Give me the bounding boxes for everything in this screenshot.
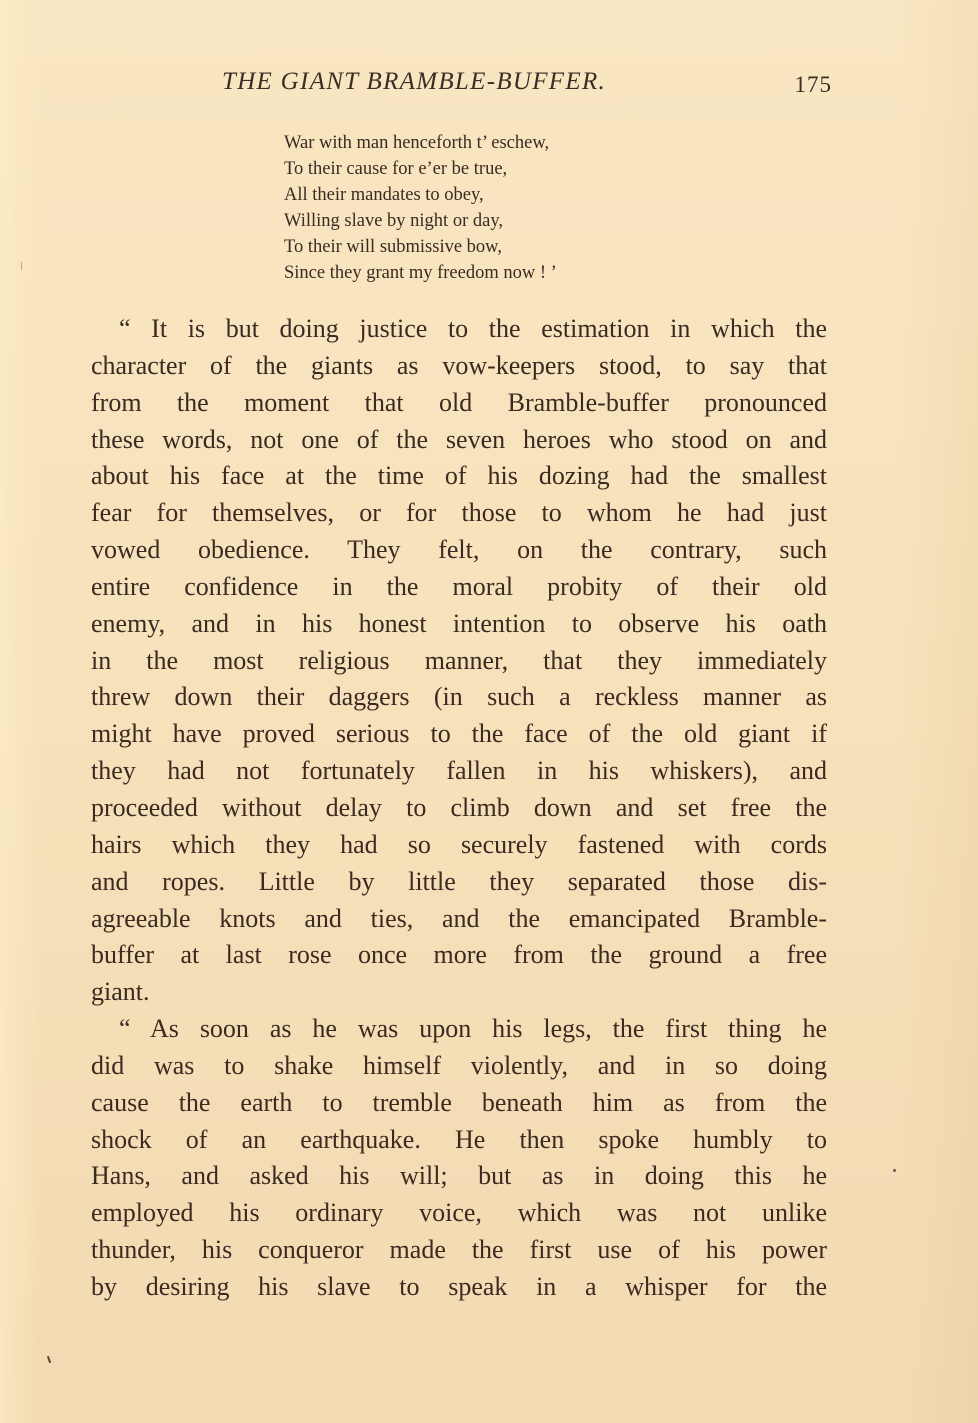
running-title: THE GIANT BRAMBLE-BUFFER. [222,68,606,96]
verse-line: Since they grant my freedom now ! ’ [284,260,557,286]
text-line: giant. [91,974,827,1011]
body-text: “ It is but doing justice to the estimat… [91,311,827,1306]
scan-speck [47,1356,51,1363]
text-line: from the moment that old Bramble-buffer … [91,385,827,422]
text-line: they had not fortunately fallen in his w… [91,753,827,790]
text-line: hairs which they had so securely fastene… [91,827,827,864]
text-line: might have proved serious to the face of… [91,716,827,753]
paragraph-1: “ It is but doing justice to the estimat… [91,311,827,1011]
text-line: about his face at the time of his dozing… [91,458,827,495]
text-line: these words, not one of the seven heroes… [91,422,827,459]
text-line: buffer at last rose once more from the g… [91,937,827,974]
text-line: proceeded without delay to climb down an… [91,790,827,827]
text-line: vowed obedience. They felt, on the contr… [91,532,827,569]
verse-line: To their will submissive bow, [284,234,557,260]
text-line: Hans, and asked his will; but as in doin… [91,1158,827,1195]
text-line: cause the earth to tremble beneath him a… [91,1085,827,1122]
paragraph-2: “ As soon as he was upon his legs, the f… [91,1011,827,1306]
text-line: enemy, and in his honest intention to ob… [91,606,827,643]
verse-line: All their mandates to obey, [284,182,557,208]
running-head: THE GIANT BRAMBLE-BUFFER. 175 [222,68,832,108]
verse-line: War with man henceforth t’ eschew, [284,130,557,156]
verse-block: War with man henceforth t’ eschew, To th… [284,130,557,286]
text-line: agreeable knots and ties, and the emanci… [91,901,827,938]
text-line: employed his ordinary voice, which was n… [91,1195,827,1232]
book-page: THE GIANT BRAMBLE-BUFFER. 175 War with m… [0,0,978,1423]
text-line: character of the giants as vow-keepers s… [91,348,827,385]
page-number: 175 [795,72,833,98]
text-line: and ropes. Little by little they separat… [91,864,827,901]
scan-speck [893,1169,896,1172]
text-line: did was to shake himself violently, and … [91,1048,827,1085]
scan-speck [21,262,22,270]
text-line: in the most religious manner, that they … [91,643,827,680]
text-line: “ It is but doing justice to the estimat… [91,311,827,348]
text-line: entire confidence in the moral probity o… [91,569,827,606]
text-line: by desiring his slave to speak in a whis… [91,1269,827,1306]
text-line: threw down their daggers (in such a reck… [91,679,827,716]
text-line: fear for themselves, or for those to who… [91,495,827,532]
text-line: thunder, his conqueror made the first us… [91,1232,827,1269]
verse-line: To their cause for e’er be true, [284,156,557,182]
text-line: “ As soon as he was upon his legs, the f… [91,1011,827,1048]
text-line: shock of an earthquake. He then spoke hu… [91,1122,827,1159]
verse-line: Willing slave by night or day, [284,208,557,234]
